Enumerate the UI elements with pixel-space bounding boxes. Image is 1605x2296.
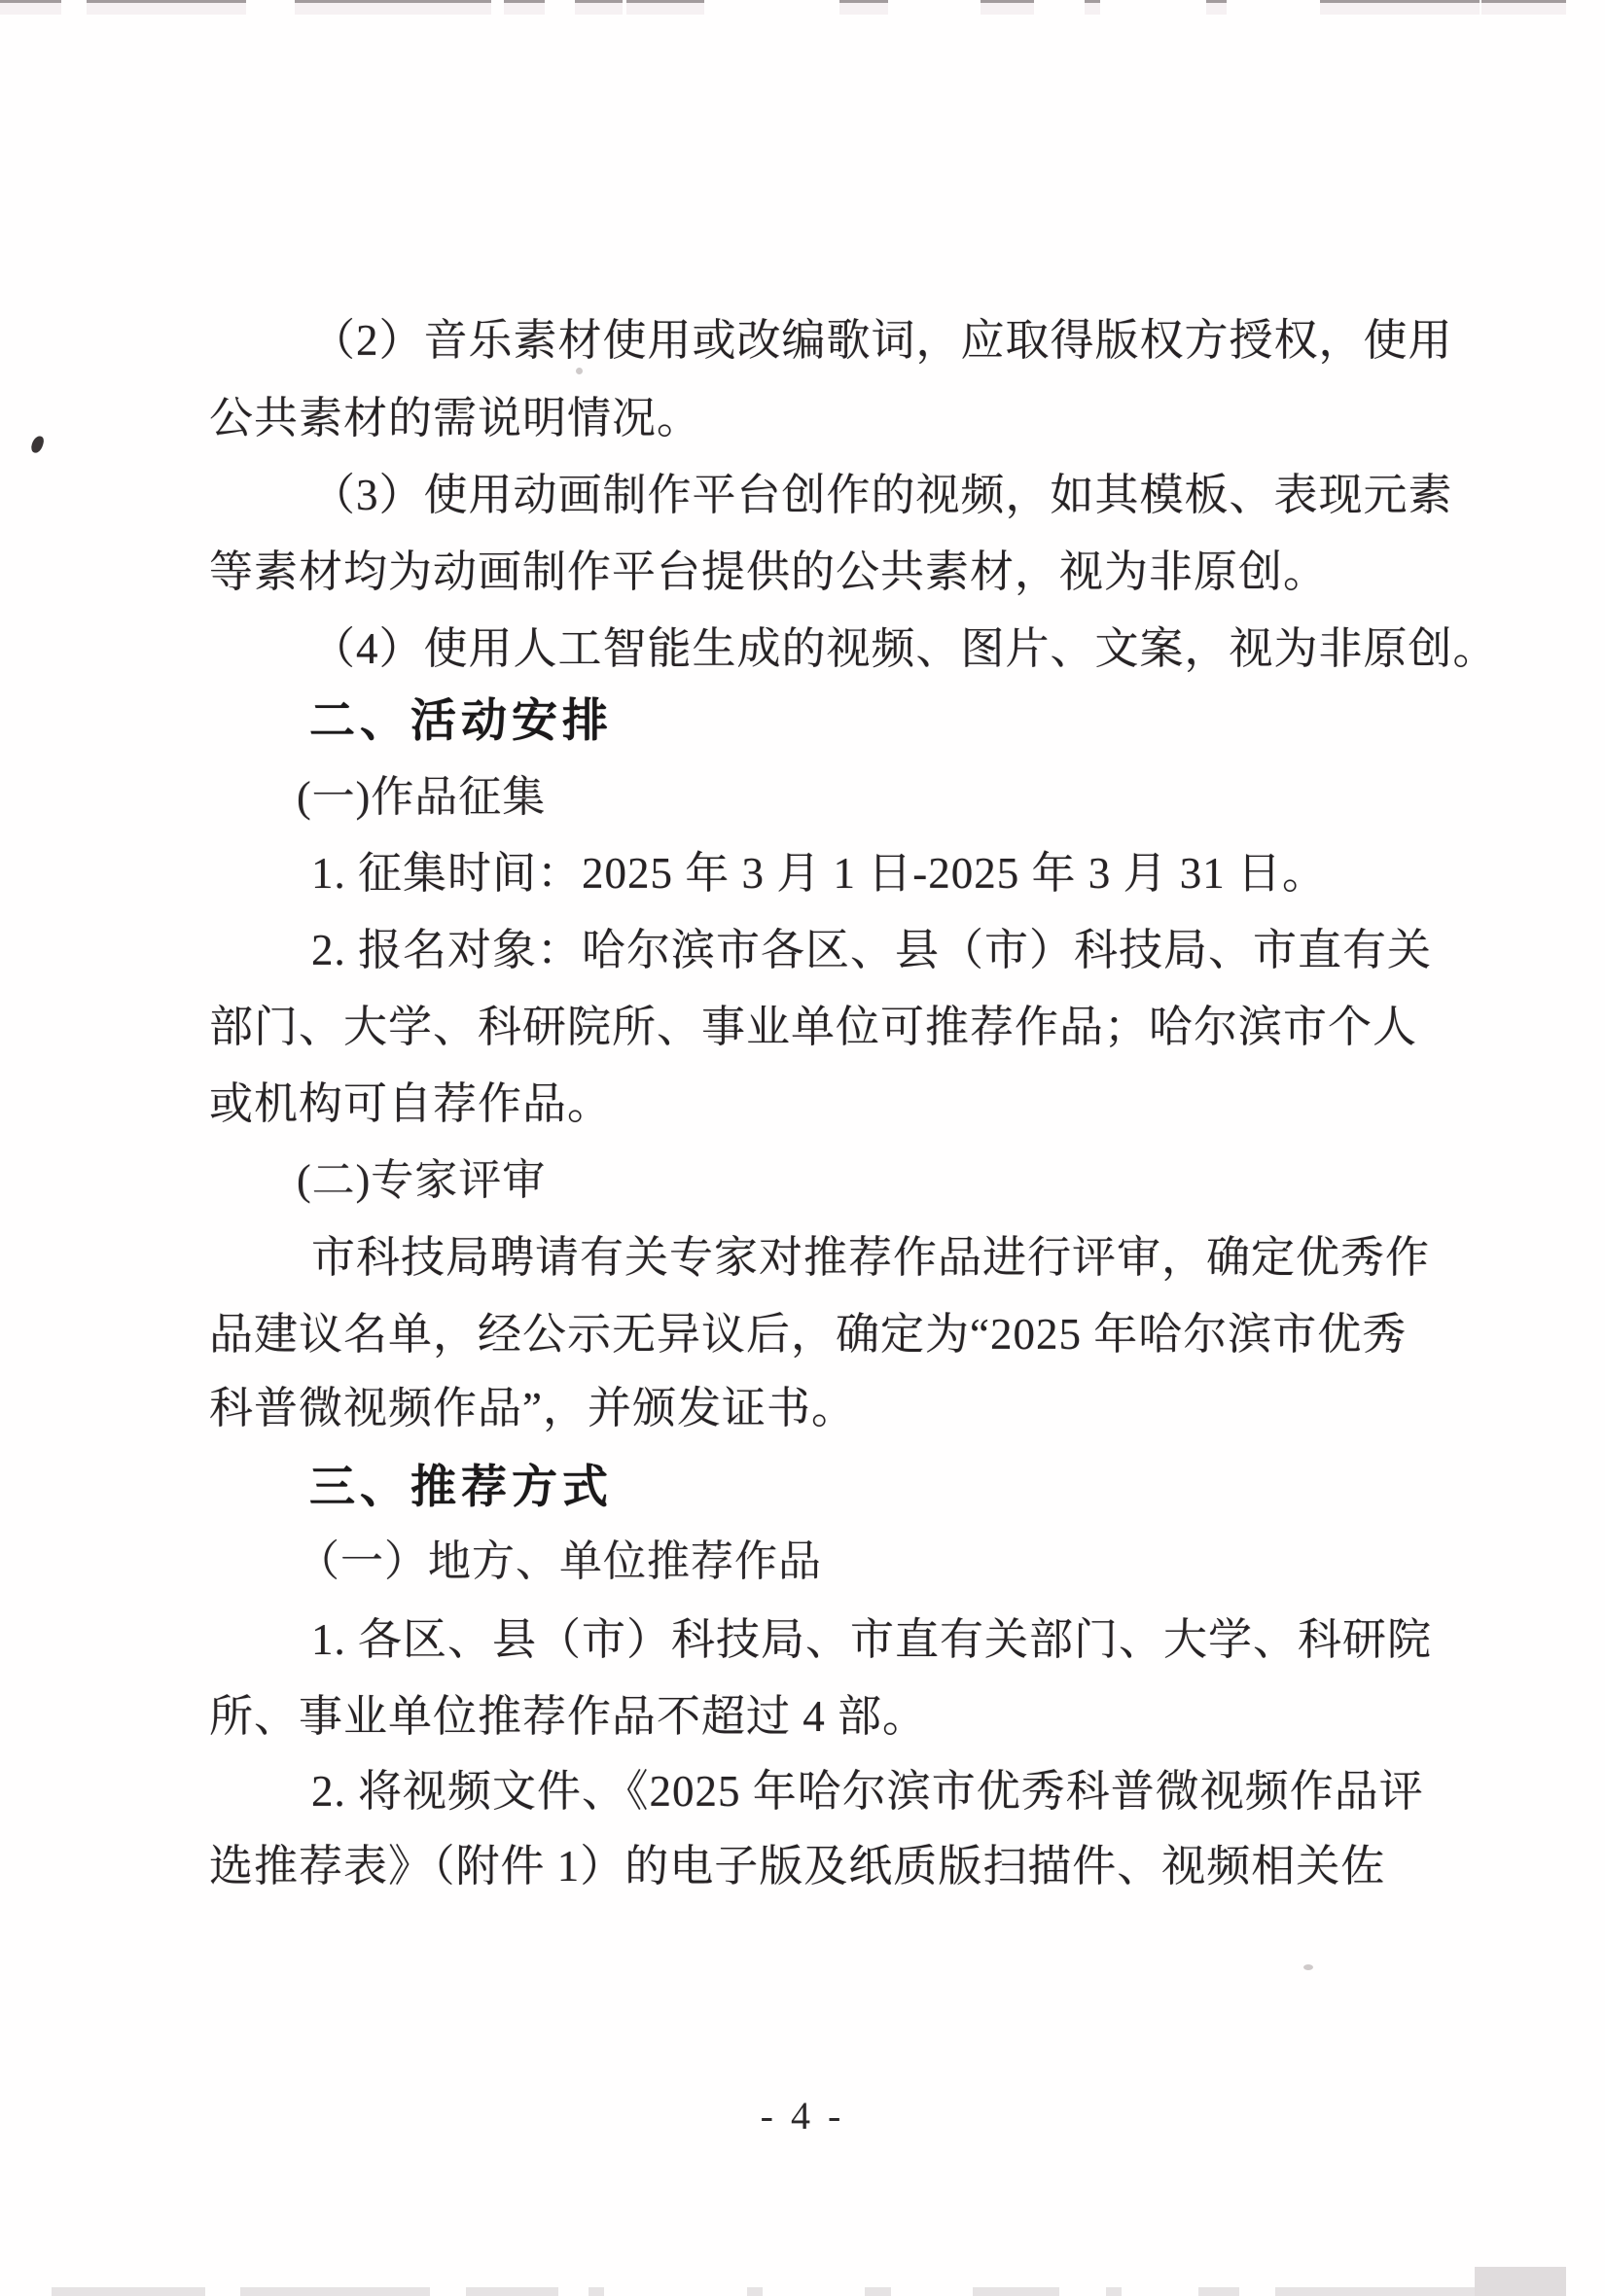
scan-artifact [575,0,623,15]
page-number: - 4 - [0,2093,1605,2138]
scan-artifact [1085,0,1100,15]
scan-artifact [1198,2287,1239,2296]
doc-line: 2. 报名对象：哈尔滨市各区、县（市）科技局、市直有关 [311,914,1432,977]
doc-line: 1. 征集时间：2025 年 3 月 1 日-2025 年 3 月 31 日。 [311,837,1327,901]
scan-artifact [626,0,704,15]
sub-heading: （一）地方、单位推荐作品 [297,1526,822,1588]
scan-artifact [466,2287,558,2296]
section-heading: 二、活动安排 [309,685,613,750]
scan-artifact [1475,2267,1566,2296]
doc-line: 1. 各区、县（市）科技局、市直有关部门、大学、科研院 [311,1604,1432,1667]
scan-artifact [588,2287,604,2296]
doc-line: 公共素材的需说明情况。 [209,382,701,445]
doc-line: 部门、大学、科研院所、事业单位可推荐作品；哈尔滨市个人 [209,991,1417,1054]
scan-artifact [981,0,1034,15]
scan-artifact [1106,2287,1122,2296]
doc-line: 或机构可自荐作品。 [209,1068,612,1131]
doc-line: 等素材均为动画制作平台提供的公共素材，视为非原创。 [209,536,1328,599]
scan-artifact [1320,0,1480,15]
scan-artifact [240,2287,430,2296]
doc-line: 所、事业单位推荐作品不超过 4 部。 [209,1680,927,1744]
scan-artifact [52,2287,205,2296]
scan-artifact [1206,0,1227,15]
scan-artifact [295,0,491,15]
scan-artifact [1303,1964,1313,1970]
doc-line: （4）使用人工智能生成的视频、图片、文案，视为非原创。 [311,613,1498,676]
doc-line: （3）使用动画制作平台创作的视频，如其模板、表现元素 [311,459,1453,522]
scan-artifact [29,435,45,455]
scan-artifact [87,0,246,15]
doc-line: 品建议名单，经公示无异议后，确定为“2025 年哈尔滨市优秀 [209,1298,1407,1361]
doc-line: （2）音乐素材使用或改编歌词，应取得版权方授权，使用 [311,304,1453,368]
sub-heading: (二)专家评审 [297,1145,546,1207]
scan-artifact [865,2287,891,2296]
scan-artifact [0,0,61,15]
scan-artifact [973,2287,1059,2296]
scan-artifact [576,368,583,374]
scan-artifact [1481,0,1566,15]
section-heading: 三、推荐方式 [309,1451,613,1516]
scan-artifact [1275,2287,1475,2296]
scan-artifact [839,0,888,15]
scan-artifact [747,2287,763,2296]
scan-artifact [504,0,545,15]
sub-heading: (一)作品征集 [297,761,546,824]
doc-line: 市科技局聘请有关专家对推荐作品进行评审，确定优秀作 [311,1221,1430,1285]
document-page: （2）音乐素材使用或改编歌词，应取得版权方授权，使用 公共素材的需说明情况。 （… [0,0,1605,2296]
doc-line: 2. 将视频文件、《2025 年哈尔滨市优秀科普微视频作品评 [311,1755,1424,1819]
doc-line: 科普微视频作品”，并颁发证书。 [209,1372,856,1435]
doc-line: 选推荐表》（附件 1）的电子版及纸质版扫描件、视频相关佐 [209,1830,1385,1893]
